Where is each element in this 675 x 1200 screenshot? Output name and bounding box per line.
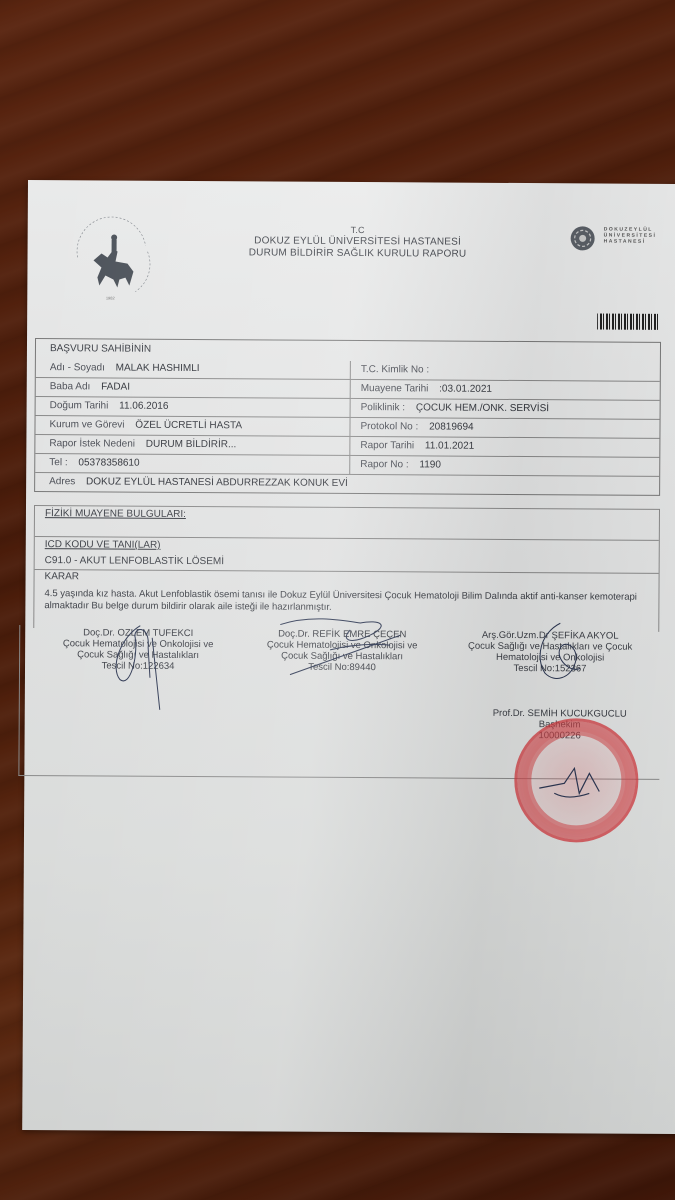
icd-diagnosis: ICD KODU VE TANI(LAR) C91.0 - AKUT LENFO…	[35, 536, 659, 573]
applicant-row: Adı - Soyadı MALAK HASHIMLI T.C. Kimlik …	[36, 359, 660, 381]
physical-findings: FİZİKİ MUAYENE BULGULARI:	[35, 505, 659, 540]
signature-2-icon	[250, 614, 450, 685]
applicant-section-title: BAŞVURU SAHİBİNİN	[36, 339, 151, 360]
field-left: Baba Adı FADAI	[36, 378, 351, 398]
applicant-row: Kurum ve Görevi ÖZEL ÜCRETLİ HASTA Proto…	[35, 415, 659, 438]
field-right: Protokol No : 20819694	[350, 418, 659, 438]
applicant-row: Rapor İstek Nedeni DURUM BİLDİRİR... Rap…	[35, 434, 659, 457]
applicant-row: Doğum Tarihi 11.06.2016 Poliklinik : ÇOC…	[36, 396, 660, 419]
report-document: 1982 DOKUZEYLÜL ÜNİVERSİTESİ HASTANESİ T…	[22, 180, 675, 1134]
field-right: T.C. Kimlik No :	[351, 361, 660, 381]
field-right: Rapor No : 1190	[350, 456, 659, 476]
field-left: Tel : 05378358610	[35, 454, 350, 474]
field-right: Muayene Tarihi :03.01.2021	[351, 380, 660, 400]
exam-section: FİZİKİ MUAYENE BULGULARI: ICD KODU VE TA…	[33, 505, 660, 632]
decision-text: 4.5 yaşında kız hasta. Akut Lenfoblastik…	[44, 584, 658, 616]
field-left: Kurum ve Görevi ÖZEL ÜCRETLİ HASTA	[35, 416, 350, 436]
applicant-row: Baba Adı FADAI Muayene Tarihi :03.01.202…	[36, 377, 660, 400]
signature-1-icon	[80, 617, 221, 718]
address-field: Adres DOKUZ EYLÜL HASTANESİ ABDURREZZAK …	[35, 473, 348, 493]
barcode-icon	[597, 313, 659, 329]
field-right: Poliklinik : ÇOCUK HEM./ONK. SERVİSİ	[351, 399, 660, 419]
chief-signature-icon	[534, 763, 614, 803]
signature-3-icon	[520, 618, 600, 688]
field-left: Doğum Tarihi 11.06.2016	[36, 397, 351, 417]
document-header: T.C DOKUZ EYLÜL ÜNİVERSİTESİ HASTANESİ D…	[28, 222, 675, 262]
field-left: Rapor İstek Nedeni DURUM BİLDİRİR...	[35, 435, 350, 455]
svg-text:1982: 1982	[106, 295, 116, 300]
applicant-table: BAŞVURU SAHİBİNİN Adı - Soyadı MALAK HAS…	[34, 338, 661, 496]
field-left: Adı - Soyadı MALAK HASHIMLI	[36, 359, 351, 379]
applicant-row: Tel : 05378358610 Rapor No : 1190	[35, 453, 659, 476]
field-right: Rapor Tarihi 11.01.2021	[350, 437, 659, 457]
